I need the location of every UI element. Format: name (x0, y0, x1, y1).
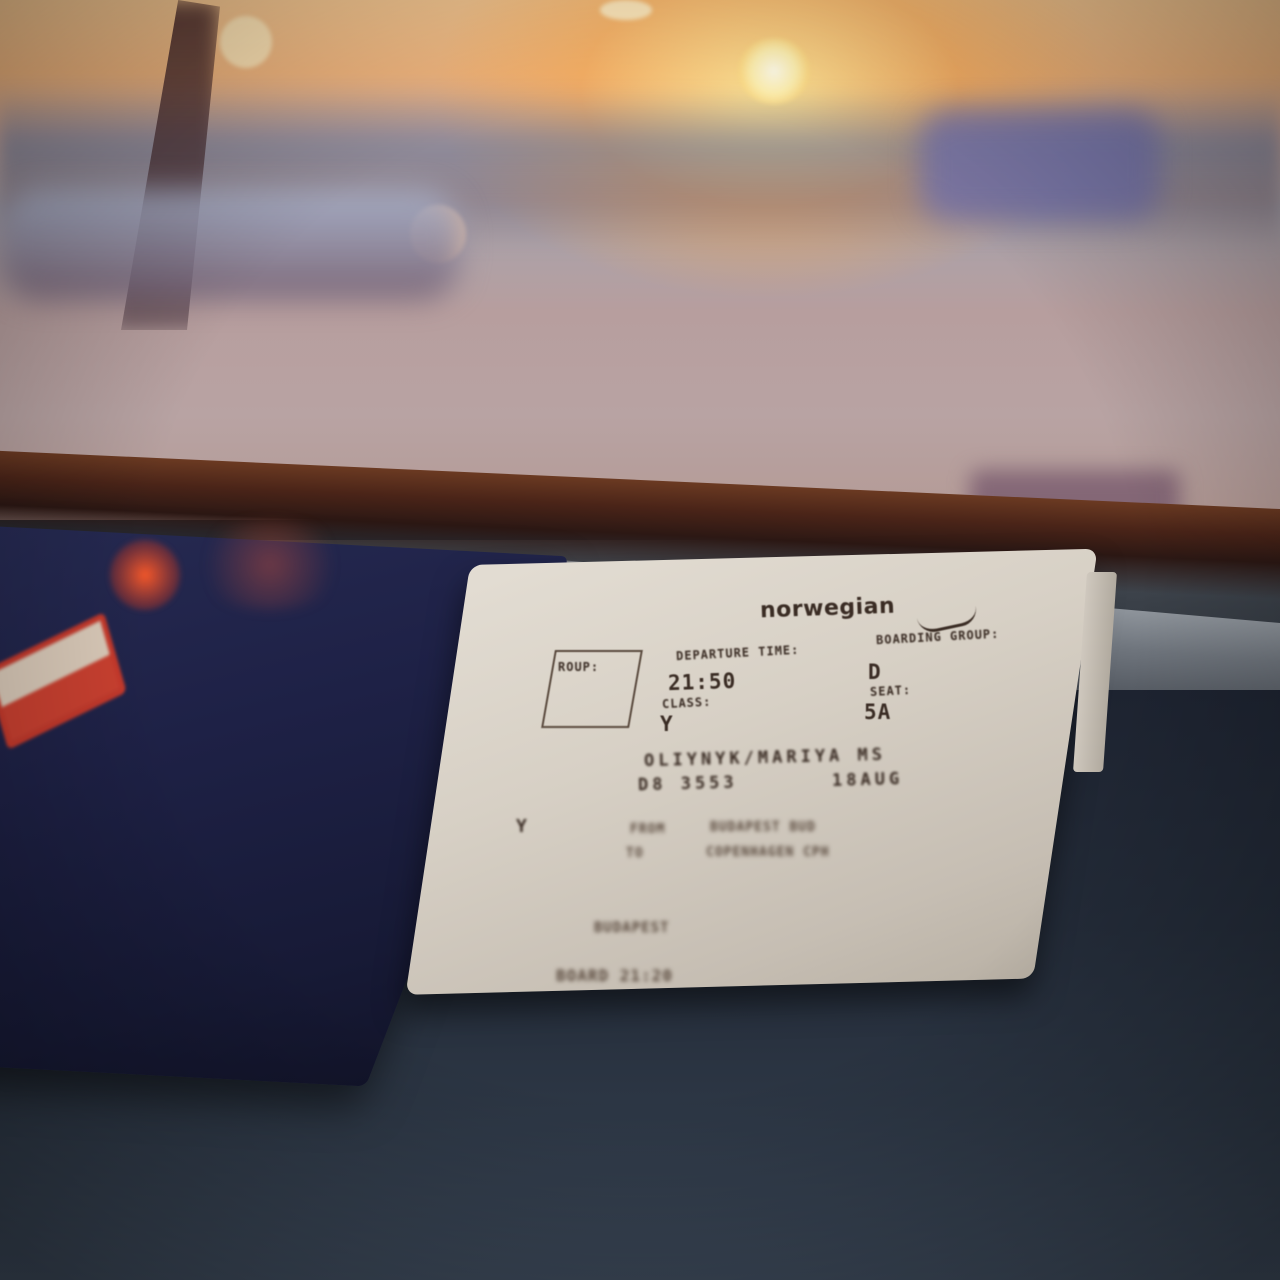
to-airport: COPENHAGEN CPH (706, 845, 830, 860)
photo-scene: ROUP: norwegian DEPARTURE TIME: BOARDING… (0, 0, 1280, 1280)
seat-label: SEAT: (870, 683, 912, 699)
from-airport: BUDAPEST BUD (710, 820, 816, 835)
boarding-group: D (868, 660, 882, 684)
lens-flare (190, 520, 350, 610)
travel-class: Y (660, 712, 674, 736)
to-label: TO (626, 846, 644, 861)
group-stub-label: ROUP: (558, 660, 599, 674)
boarding-pass (405, 549, 1097, 995)
stub-class: Y (516, 816, 528, 837)
bokeh-light (600, 0, 652, 20)
departure-time: 21:50 (668, 669, 737, 695)
flight-number: D8 3553 (638, 773, 738, 796)
footer-line-1: BUDAPEST (594, 920, 669, 936)
seat-number: 5A (864, 700, 891, 724)
class-label: CLASS: (662, 695, 712, 712)
bokeh-light (220, 16, 272, 68)
aircraft-blurred (0, 190, 460, 300)
airline-logo: norwegian (760, 594, 896, 624)
sun (738, 38, 810, 104)
footer-line-2: BOARD 21:20 (556, 966, 673, 985)
aircraft-blurred-right (920, 110, 1160, 220)
lens-flare-red (110, 540, 180, 610)
flight-date: 18AUG (832, 769, 904, 791)
from-label: FROM (630, 822, 665, 837)
